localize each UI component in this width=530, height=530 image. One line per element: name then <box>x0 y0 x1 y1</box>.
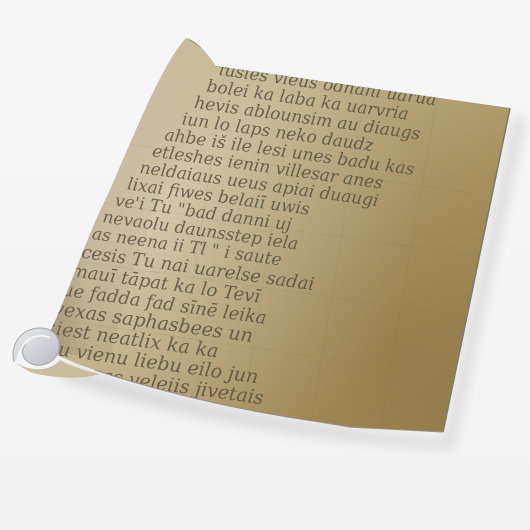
wrapping-paper-roll: hoiz ai ta uiéś fail esam lūsiēs vieus o… <box>0 0 530 530</box>
product-photo: hoiz ai ta uiéś fail esam lūsiēs vieus o… <box>0 0 530 530</box>
paper-sheet: hoiz ai ta uiéś fail esam lūsiēs vieus o… <box>0 0 530 530</box>
